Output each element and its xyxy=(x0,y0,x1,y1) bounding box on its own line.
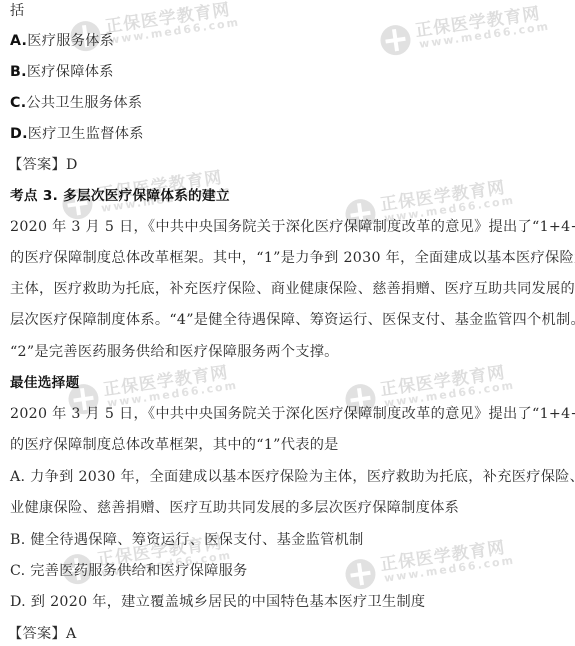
answer-line: 【答案】D xyxy=(8,154,569,176)
answer-value: D xyxy=(66,157,78,173)
question-type-heading: 最佳选择题 xyxy=(10,372,569,394)
question-stem-line: 2020 年 3 月 5 日，《中共中央国务院关于深化医疗保障制度改革的意见》提… xyxy=(10,403,569,425)
document-page: 正保医学教育网 www.med66.com 正保医学教育网 www.med66.… xyxy=(0,0,575,646)
option-text: 医疗保障体系 xyxy=(27,64,114,80)
option-text: 医疗卫生监督体系 xyxy=(28,126,144,142)
option-a-continued: 业健康保险、慈善捐赠、医疗互助共同发展的多层次医疗保障制度体系 xyxy=(10,497,569,519)
paragraph-line: 2020 年 3 月 5 日，《中共中央国务院关于深化医疗保障制度改革的意见》提… xyxy=(10,216,569,238)
paragraph-line: 主体，医疗救助为托底，补充医疗保险、商业健康保险、慈善捐赠、医疗互助共同发展的多 xyxy=(10,278,569,300)
option-letter: D. xyxy=(10,126,28,142)
option-d: D. 到 2020 年，建立覆盖城乡居民的中国特色基本医疗卫生制度 xyxy=(10,591,569,613)
option-d: D.医疗卫生监督体系 xyxy=(10,123,569,145)
option-c: C.公共卫生服务体系 xyxy=(10,92,569,114)
option-letter: B. xyxy=(10,64,27,80)
option-letter: C. xyxy=(10,95,26,111)
option-b: B. 健全待遇保障、筹资运行、医保支付、基金监管机制 xyxy=(10,529,569,551)
option-b: B.医疗保障体系 xyxy=(10,61,569,83)
paragraph-line: 层次医疗保障制度体系。“4”是健全待遇保障、筹资运行、医保支付、基金监管四个机制… xyxy=(10,309,569,331)
answer-label: 【答案】 xyxy=(8,157,66,173)
option-a: A. 力争到 2030 年，全面建成以基本医疗保险为主体，医疗救助为托底，补充医… xyxy=(10,466,569,488)
answer-label: 【答案】 xyxy=(8,626,66,642)
section-heading: 考点 3. 多层次医疗保障体系的建立 xyxy=(10,185,569,207)
option-a: A.医疗服务体系 xyxy=(10,30,569,52)
paragraph-line: 的医疗保障制度总体改革框架。其中，“1”是力争到 2030 年，全面建成以基本医… xyxy=(10,247,569,269)
option-text: 公共卫生服务体系 xyxy=(26,95,142,111)
question-continuation: 括 xyxy=(10,0,569,22)
answer-value: A xyxy=(66,626,77,642)
option-letter: A. xyxy=(10,33,27,49)
answer-line: 【答案】A xyxy=(8,623,569,645)
option-text: 医疗服务体系 xyxy=(27,33,114,49)
option-c: C. 完善医药服务供给和医疗保障服务 xyxy=(10,560,569,582)
paragraph-line: “2”是完善医药服务供给和医疗保障服务两个支撑。 xyxy=(10,341,569,363)
question-stem-line: 的医疗保障制度总体改革框架，其中的“1”代表的是 xyxy=(10,434,569,456)
